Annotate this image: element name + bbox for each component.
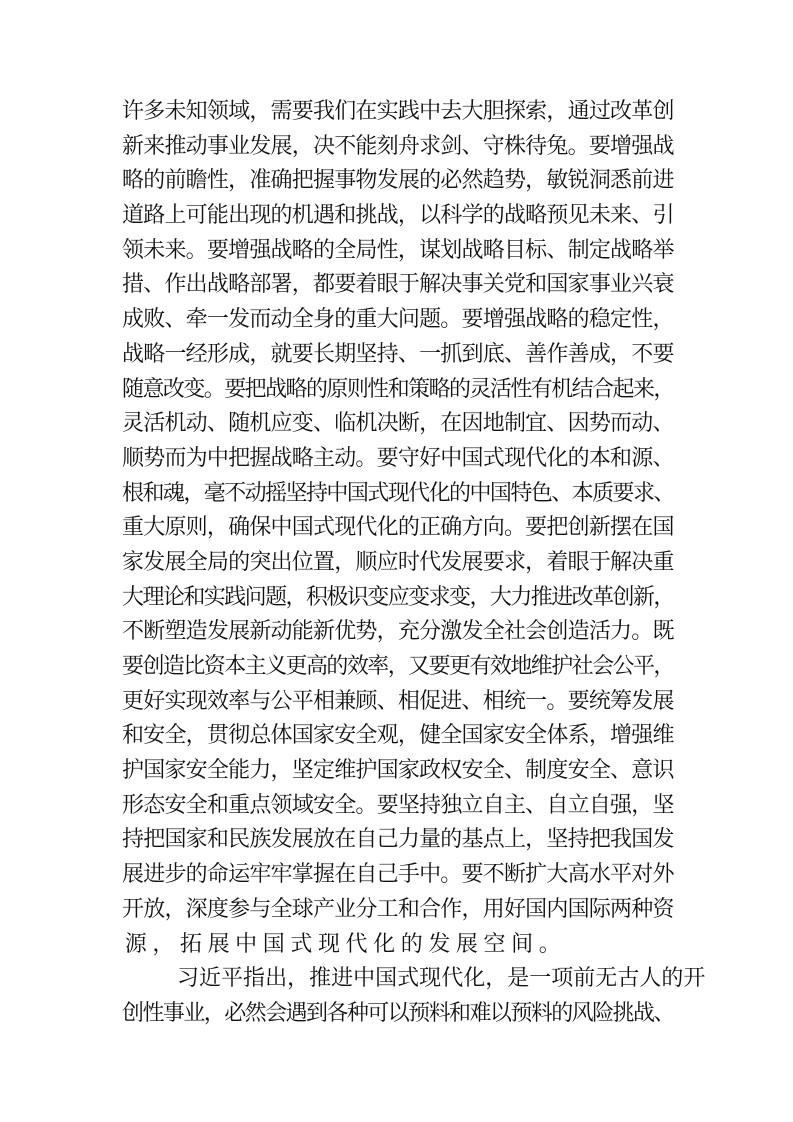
text-line: 创性事业，必然会遇到各种可以预料和难以预料的风险挑战、	[122, 997, 674, 1032]
text-line: 许多未知领域，需要我们在实践中去大胆探索，通过改革创	[122, 95, 674, 130]
text-line: 措、作出战略部署，都要着眼于解决事关党和国家事业兴衰	[122, 268, 674, 303]
text-line: 形态安全和重点领域安全。要坚持独立自主、自立自强，坚	[122, 789, 674, 824]
document-page: 许多未知领域，需要我们在实践中去大胆探索，通过改革创新来推动事业发展，决不能刻舟…	[0, 0, 793, 1122]
text-line: 道路上可能出现的机遇和挑战，以科学的战略预见未来、引	[122, 199, 674, 234]
text-line: 重大原则，确保中国式现代化的正确方向。要把创新摆在国	[122, 511, 674, 546]
text-line: 随意改变。要把战略的原则性和策略的灵活性有机结合起来，	[122, 373, 674, 408]
text-line: 灵活机动、随机应变、临机决断，在因地制宜、因势而动、	[122, 407, 674, 442]
text-line: 更好实现效率与公平相兼顾、相促进、相统一。要统筹发展	[122, 685, 674, 720]
text-line: 和安全，贯彻总体国家安全观，健全国家安全体系，增强维	[122, 719, 674, 754]
text-line: 护国家安全能力，坚定维护国家政权安全、制度安全、意识	[122, 754, 674, 789]
text-line: 略的前瞻性，准确把握事物发展的必然趋势，敏锐洞悉前进	[122, 164, 674, 199]
text-line: 要创造比资本主义更高的效率，又要更有效地维护社会公平，	[122, 650, 674, 685]
text-line: 开放，深度参与全球产业分工和合作，用好国内国际两种资	[122, 893, 674, 928]
text-line: 顺势而为中把握战略主动。要守好中国式现代化的本和源、	[122, 442, 674, 477]
text-line: 战略一经形成，就要长期坚持、一抓到底、善作善成，不要	[122, 338, 674, 373]
paragraph-first-line: 习近平指出，推进中国式现代化，是一项前无古人的开	[122, 962, 674, 997]
text-line: 家发展全局的突出位置，顺应时代发展要求，着眼于解决重	[122, 546, 674, 581]
text-line: 不断塑造发展新动能新优势，充分激发全社会创造活力。既	[122, 615, 674, 650]
text-line: 领未来。要增强战略的全局性，谋划战略目标、制定战略举	[122, 234, 674, 269]
text-line: 新来推动事业发展，决不能刻舟求剑、守株待兔。要增强战	[122, 130, 674, 165]
text-line: 源，拓展中国式现代化的发展空间。	[122, 928, 674, 963]
text-line: 大理论和实践问题，积极识变应变求变，大力推进改革创新，	[122, 581, 674, 616]
text-line: 根和魂，毫不动摇坚持中国式现代化的中国特色、本质要求、	[122, 477, 674, 512]
text-line: 持把国家和民族发展放在自己力量的基点上，坚持把我国发	[122, 823, 674, 858]
text-line: 成败、牵一发而动全身的重大问题。要增强战略的稳定性，	[122, 303, 674, 338]
body-text: 许多未知领域，需要我们在实践中去大胆探索，通过改革创新来推动事业发展，决不能刻舟…	[122, 95, 674, 1032]
text-line: 展进步的命运牢牢掌握在自己手中。要不断扩大高水平对外	[122, 858, 674, 893]
